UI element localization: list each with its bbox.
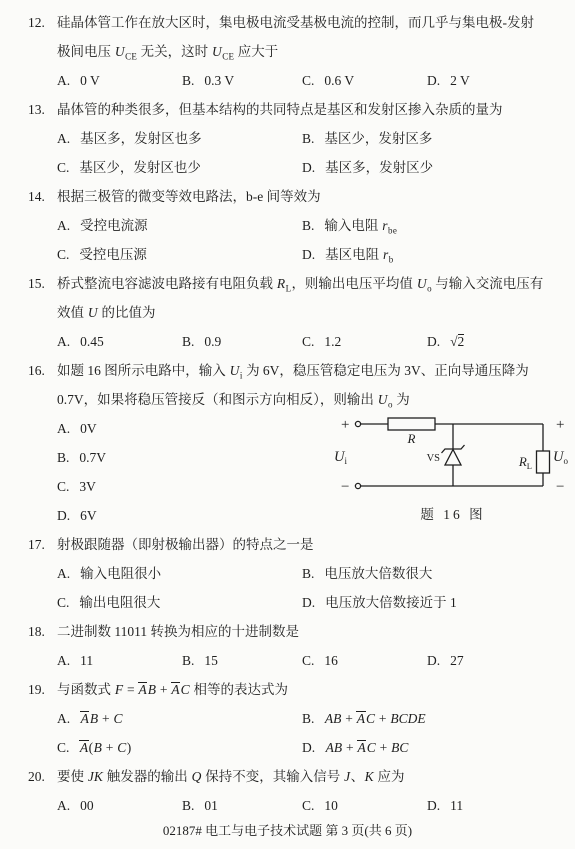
option-label: D. — [427, 798, 440, 813]
question-18: 18.二进制数 11011 转换为相应的十进制数是A.11B.15C.16D.2… — [0, 617, 575, 675]
question-stem-line: 射极跟随器（即射极输出器）的特点之一是 — [57, 530, 571, 559]
subscript: o — [427, 284, 432, 294]
option-label: D. — [427, 653, 440, 668]
option-content: 2 V — [450, 73, 470, 88]
option-label: B. — [182, 334, 194, 349]
option-D: D.AB + AC + BC — [302, 733, 571, 762]
math-variable: JK — [87, 769, 103, 784]
option-A: A.0.45 — [57, 327, 182, 356]
circuit-diagram: + − + − R VS RL Ui Uo — [333, 410, 573, 500]
question-15: 15.桥式整流电容滤波电路接有电阻负载 RL，则输出电压平均值 Uo 与输入交流… — [0, 269, 575, 356]
options: A.输入电阻很小B.电压放大倍数很大C.输出电阻很大D.电压放大倍数接近于 1 — [57, 559, 571, 617]
load-resistor-label: RL — [518, 454, 532, 471]
option-content: 电压放大倍数很大 — [324, 566, 432, 581]
question-stem-line: 要使 JK 触发器的输出 Q 保持不变，其输入信号 J、K 应为 — [57, 762, 571, 791]
option-content: 受控电压源 — [79, 247, 147, 262]
subscript: i — [240, 371, 243, 381]
question-stem-line: 二进制数 11011 转换为相应的十进制数是 — [57, 617, 571, 646]
options: A.AB + CB.AB + AC + BCDEC.A(B + C)D.AB +… — [57, 704, 571, 762]
math-variable: B — [93, 740, 102, 755]
option-label: B. — [302, 711, 314, 726]
question-number: 20. — [28, 762, 45, 791]
option-D: D.√2 — [427, 327, 571, 356]
question-13: 13.晶体管的种类很多，但基本结构的共同特点是基区和发射区掺入杂质的量为A.基区… — [0, 95, 575, 182]
options: A.0.45B.0.9C.1.2D.√2 — [57, 327, 571, 356]
option-content: 6V — [80, 508, 97, 523]
option-content: AB + C — [80, 711, 123, 726]
resistor-r-label: R — [407, 431, 416, 446]
option-content: 输出电阻很大 — [79, 595, 160, 610]
resistor-r — [388, 418, 435, 430]
sqrt-expression: √2 — [450, 334, 464, 349]
option-C: C.受控电压源 — [57, 240, 302, 269]
question-stem-line: 如题 16 图所示电路中，输入 Ui 为 6V，稳压管稳定电压为 3V、正向导通… — [57, 356, 571, 385]
exam-page: 12.硅晶体管工作在放大区时，集电极电流受基极电流的控制，而几乎与集电极-发射极… — [0, 0, 575, 849]
option-label: D. — [57, 508, 70, 523]
math-variable: B — [89, 711, 98, 726]
question-number: 17. — [28, 530, 45, 559]
load-resistor-rl — [537, 451, 550, 473]
plus-sign-left: + — [341, 417, 349, 433]
option-content: AB + AC + BC — [325, 740, 409, 755]
output-voltage-label: Uo — [553, 449, 568, 466]
math-variable: C — [366, 711, 376, 726]
option-label: C. — [302, 798, 314, 813]
figure-caption: 题 16 图 — [333, 503, 573, 523]
zener-diode-icon — [445, 450, 461, 466]
option-label: B. — [302, 566, 314, 581]
option-D: D.基区电阻 rb — [302, 240, 571, 269]
option-content: 11 — [80, 653, 93, 668]
option-B: B.0.9 — [182, 327, 302, 356]
question-number: 15. — [28, 269, 45, 298]
subscript: CE — [222, 52, 234, 62]
option-label: B. — [302, 131, 314, 146]
question-stem-line: 硅晶体管工作在放大区时，集电极电流受基极电流的控制，而几乎与集电极-发射 — [57, 8, 571, 37]
question-stem-line: 晶体管的种类很多，但基本结构的共同特点是基区和发射区掺入杂质的量为 — [57, 95, 571, 124]
option-content: 基区少，发射区也少 — [79, 160, 201, 175]
option-content: 10 — [324, 798, 338, 813]
minus-sign-right: − — [556, 479, 564, 495]
option-content: √2 — [450, 334, 464, 349]
subscript: CE — [125, 52, 137, 62]
option-label: B. — [182, 798, 194, 813]
option-label: A. — [57, 334, 70, 349]
question-16: 16.如题 16 图所示电路中，输入 Ui 为 6V，稳压管稳定电压为 3V、正… — [0, 356, 575, 530]
options: A.0 VB.0.3 VC.0.6 VD.2 V — [57, 66, 571, 95]
option-label: A. — [57, 798, 70, 813]
minus-sign-left: − — [341, 479, 349, 495]
option-label: C. — [57, 247, 69, 262]
option-B: B.电压放大倍数很大 — [302, 559, 571, 588]
option-A: A.基区多，发射区也多 — [57, 124, 302, 153]
subscript: b — [389, 255, 394, 265]
option-label: D. — [427, 334, 440, 349]
overline-variable: A — [357, 740, 366, 755]
option-label: B. — [182, 73, 194, 88]
options: A.11B.15C.16D.27 — [57, 646, 571, 675]
option-content: 27 — [450, 653, 464, 668]
question-number: 12. — [28, 8, 45, 37]
input-terminal-minus — [355, 483, 360, 488]
option-A: A.受控电流源 — [57, 211, 302, 240]
option-content: 0V — [80, 421, 97, 436]
option-content: 01 — [204, 798, 218, 813]
question-20: 20.要使 JK 触发器的输出 Q 保持不变，其输入信号 J、K 应为A.00B… — [0, 762, 575, 820]
subscript: L — [286, 284, 292, 294]
question-stem-line: 极间电压 UCE 无关，这时 UCE 应大于 — [57, 37, 571, 66]
option-content: 基区少，发射区多 — [324, 131, 432, 146]
question-stem-line: 效值 U 的比值为 — [57, 298, 571, 327]
question-19: 19.与函数式 F = AB + AC 相等的表达式为A.AB + CB.AB … — [0, 675, 575, 762]
overline-variable: A — [79, 740, 88, 755]
overline-variable: A — [80, 711, 89, 726]
option-content: 00 — [80, 798, 94, 813]
option-B: B.0.3 V — [182, 66, 302, 95]
math-variable: Q — [191, 769, 202, 784]
option-A: A.11 — [57, 646, 182, 675]
radical-sign: √ — [450, 334, 457, 349]
option-label: C. — [302, 334, 314, 349]
option-label: C. — [57, 740, 69, 755]
option-content: 输入电阻很小 — [80, 566, 161, 581]
option-content: 11 — [450, 798, 463, 813]
question-number: 13. — [28, 95, 45, 124]
option-label: D. — [302, 247, 315, 262]
option-content: 受控电流源 — [80, 218, 148, 233]
option-content: A(B + C) — [79, 740, 131, 755]
math-variable: C — [180, 682, 190, 697]
subscript: o — [388, 400, 393, 410]
option-content: 电压放大倍数接近于 1 — [325, 595, 457, 610]
question-number: 19. — [28, 675, 45, 704]
option-C: C.A(B + C) — [57, 733, 302, 762]
option-label: A. — [57, 711, 70, 726]
math-variable: C — [113, 711, 123, 726]
option-content: 3V — [79, 479, 96, 494]
input-terminal-plus — [355, 421, 360, 426]
input-voltage-label: Ui — [334, 449, 347, 466]
subscript: be — [388, 226, 397, 236]
math-variable: F — [114, 682, 123, 697]
math-variable: BCDE — [390, 711, 426, 726]
option-B: B.15 — [182, 646, 302, 675]
option-D: D.2 V — [427, 66, 571, 95]
option-content: 0.45 — [80, 334, 104, 349]
options: A.受控电流源B.输入电阻 rbeC.受控电压源D.基区电阻 rb — [57, 211, 571, 269]
question-stem-line: 根据三极管的微变等效电路法，b-e 间等效为 — [57, 182, 571, 211]
zener-vs-label: VS — [427, 453, 441, 464]
math-variable: U — [377, 392, 388, 407]
option-label: A. — [57, 421, 70, 436]
option-label: A. — [57, 653, 70, 668]
option-C: C.0.6 V — [302, 66, 427, 95]
option-label: C. — [302, 653, 314, 668]
question-number: 18. — [28, 617, 45, 646]
radicand: 2 — [458, 334, 465, 350]
question-14: 14.根据三极管的微变等效电路法，b-e 间等效为A.受控电流源B.输入电阻 r… — [0, 182, 575, 269]
math-variable: J — [344, 769, 351, 784]
question-17: 17.射极跟随器（即射极输出器）的特点之一是A.输入电阻很小B.电压放大倍数很大… — [0, 530, 575, 617]
option-content: 1.2 — [324, 334, 341, 349]
option-label: D. — [427, 73, 440, 88]
math-variable: B — [147, 682, 156, 697]
question-list: 12.硅晶体管工作在放大区时，集电极电流受基极电流的控制，而几乎与集电极-发射极… — [0, 0, 575, 820]
option-C: C.基区少，发射区也少 — [57, 153, 302, 182]
option-A: A.0 V — [57, 66, 182, 95]
option-A: A.AB + C — [57, 704, 302, 733]
option-C: C.输出电阻很大 — [57, 588, 302, 617]
option-label: D. — [302, 160, 315, 175]
math-variable: AB — [325, 740, 343, 755]
circuit-labels: + − + − R VS RL Ui Uo — [334, 417, 568, 495]
option-label: D. — [302, 595, 315, 610]
math-variable: AB — [324, 711, 342, 726]
option-label: C. — [302, 73, 314, 88]
math-variable: R — [276, 276, 285, 291]
option-content: 0 V — [80, 73, 100, 88]
question-12: 12.硅晶体管工作在放大区时，集电极电流受基极电流的控制，而几乎与集电极-发射极… — [0, 8, 575, 95]
option-label: B. — [302, 218, 314, 233]
option-content: 输入电阻 rbe — [324, 218, 397, 233]
math-variable: U — [416, 276, 427, 291]
math-variable: U — [114, 44, 125, 59]
option-D: D.基区多，发射区少 — [302, 153, 571, 182]
option-label: A. — [57, 131, 70, 146]
option-content: 0.6 V — [324, 73, 354, 88]
overline-variable: A — [356, 711, 365, 726]
option-content: 基区多，发射区也多 — [80, 131, 202, 146]
option-D: D.27 — [427, 646, 571, 675]
option-B: B.AB + AC + BCDE — [302, 704, 571, 733]
plus-sign-right: + — [556, 417, 564, 433]
option-label: C. — [57, 160, 69, 175]
option-content: 基区电阻 rb — [325, 247, 393, 262]
figure-question-16: + − + − R VS RL Ui Uo 题 16 图 — [333, 410, 573, 523]
question-number: 14. — [28, 182, 45, 211]
option-content: 0.7V — [79, 450, 106, 465]
options: A.基区多，发射区也多B.基区少，发射区多C.基区少，发射区也少D.基区多，发射… — [57, 124, 571, 182]
option-label: A. — [57, 218, 70, 233]
option-label: B. — [57, 450, 69, 465]
question-stem-line: 与函数式 F = AB + AC 相等的表达式为 — [57, 675, 571, 704]
overline-variable: A — [138, 682, 147, 697]
option-label: A. — [57, 73, 70, 88]
question-stem-line: 桥式整流电容滤波电路接有电阻负载 RL，则输出电压平均值 Uo 与输入交流电压有 — [57, 269, 571, 298]
option-label: C. — [57, 479, 69, 494]
option-content: AB + AC + BCDE — [324, 711, 426, 726]
math-variable: U — [87, 305, 98, 320]
math-variable: K — [364, 769, 374, 784]
option-label: A. — [57, 566, 70, 581]
page-footer: 02187# 电工与电子技术试题 第 3 页(共 6 页) — [0, 816, 575, 845]
option-label: C. — [57, 595, 69, 610]
math-variable: U — [229, 363, 240, 378]
option-content: 16 — [324, 653, 338, 668]
option-content: 0.9 — [204, 334, 221, 349]
option-C: C.16 — [302, 646, 427, 675]
option-content: 0.3 V — [204, 73, 234, 88]
math-variable: C — [117, 740, 127, 755]
option-A: A.输入电阻很小 — [57, 559, 302, 588]
option-label: B. — [182, 653, 194, 668]
option-content: 基区多，发射区少 — [325, 160, 433, 175]
option-B: B.基区少，发射区多 — [302, 124, 571, 153]
math-variable: BC — [391, 740, 409, 755]
overline-variable: A — [171, 682, 180, 697]
option-content: 15 — [204, 653, 218, 668]
option-label: D. — [302, 740, 315, 755]
option-B: B.输入电阻 rbe — [302, 211, 571, 240]
question-number: 16. — [28, 356, 45, 385]
option-D: D.电压放大倍数接近于 1 — [302, 588, 571, 617]
math-variable: C — [366, 740, 376, 755]
option-C: C.1.2 — [302, 327, 427, 356]
math-variable: U — [211, 44, 222, 59]
